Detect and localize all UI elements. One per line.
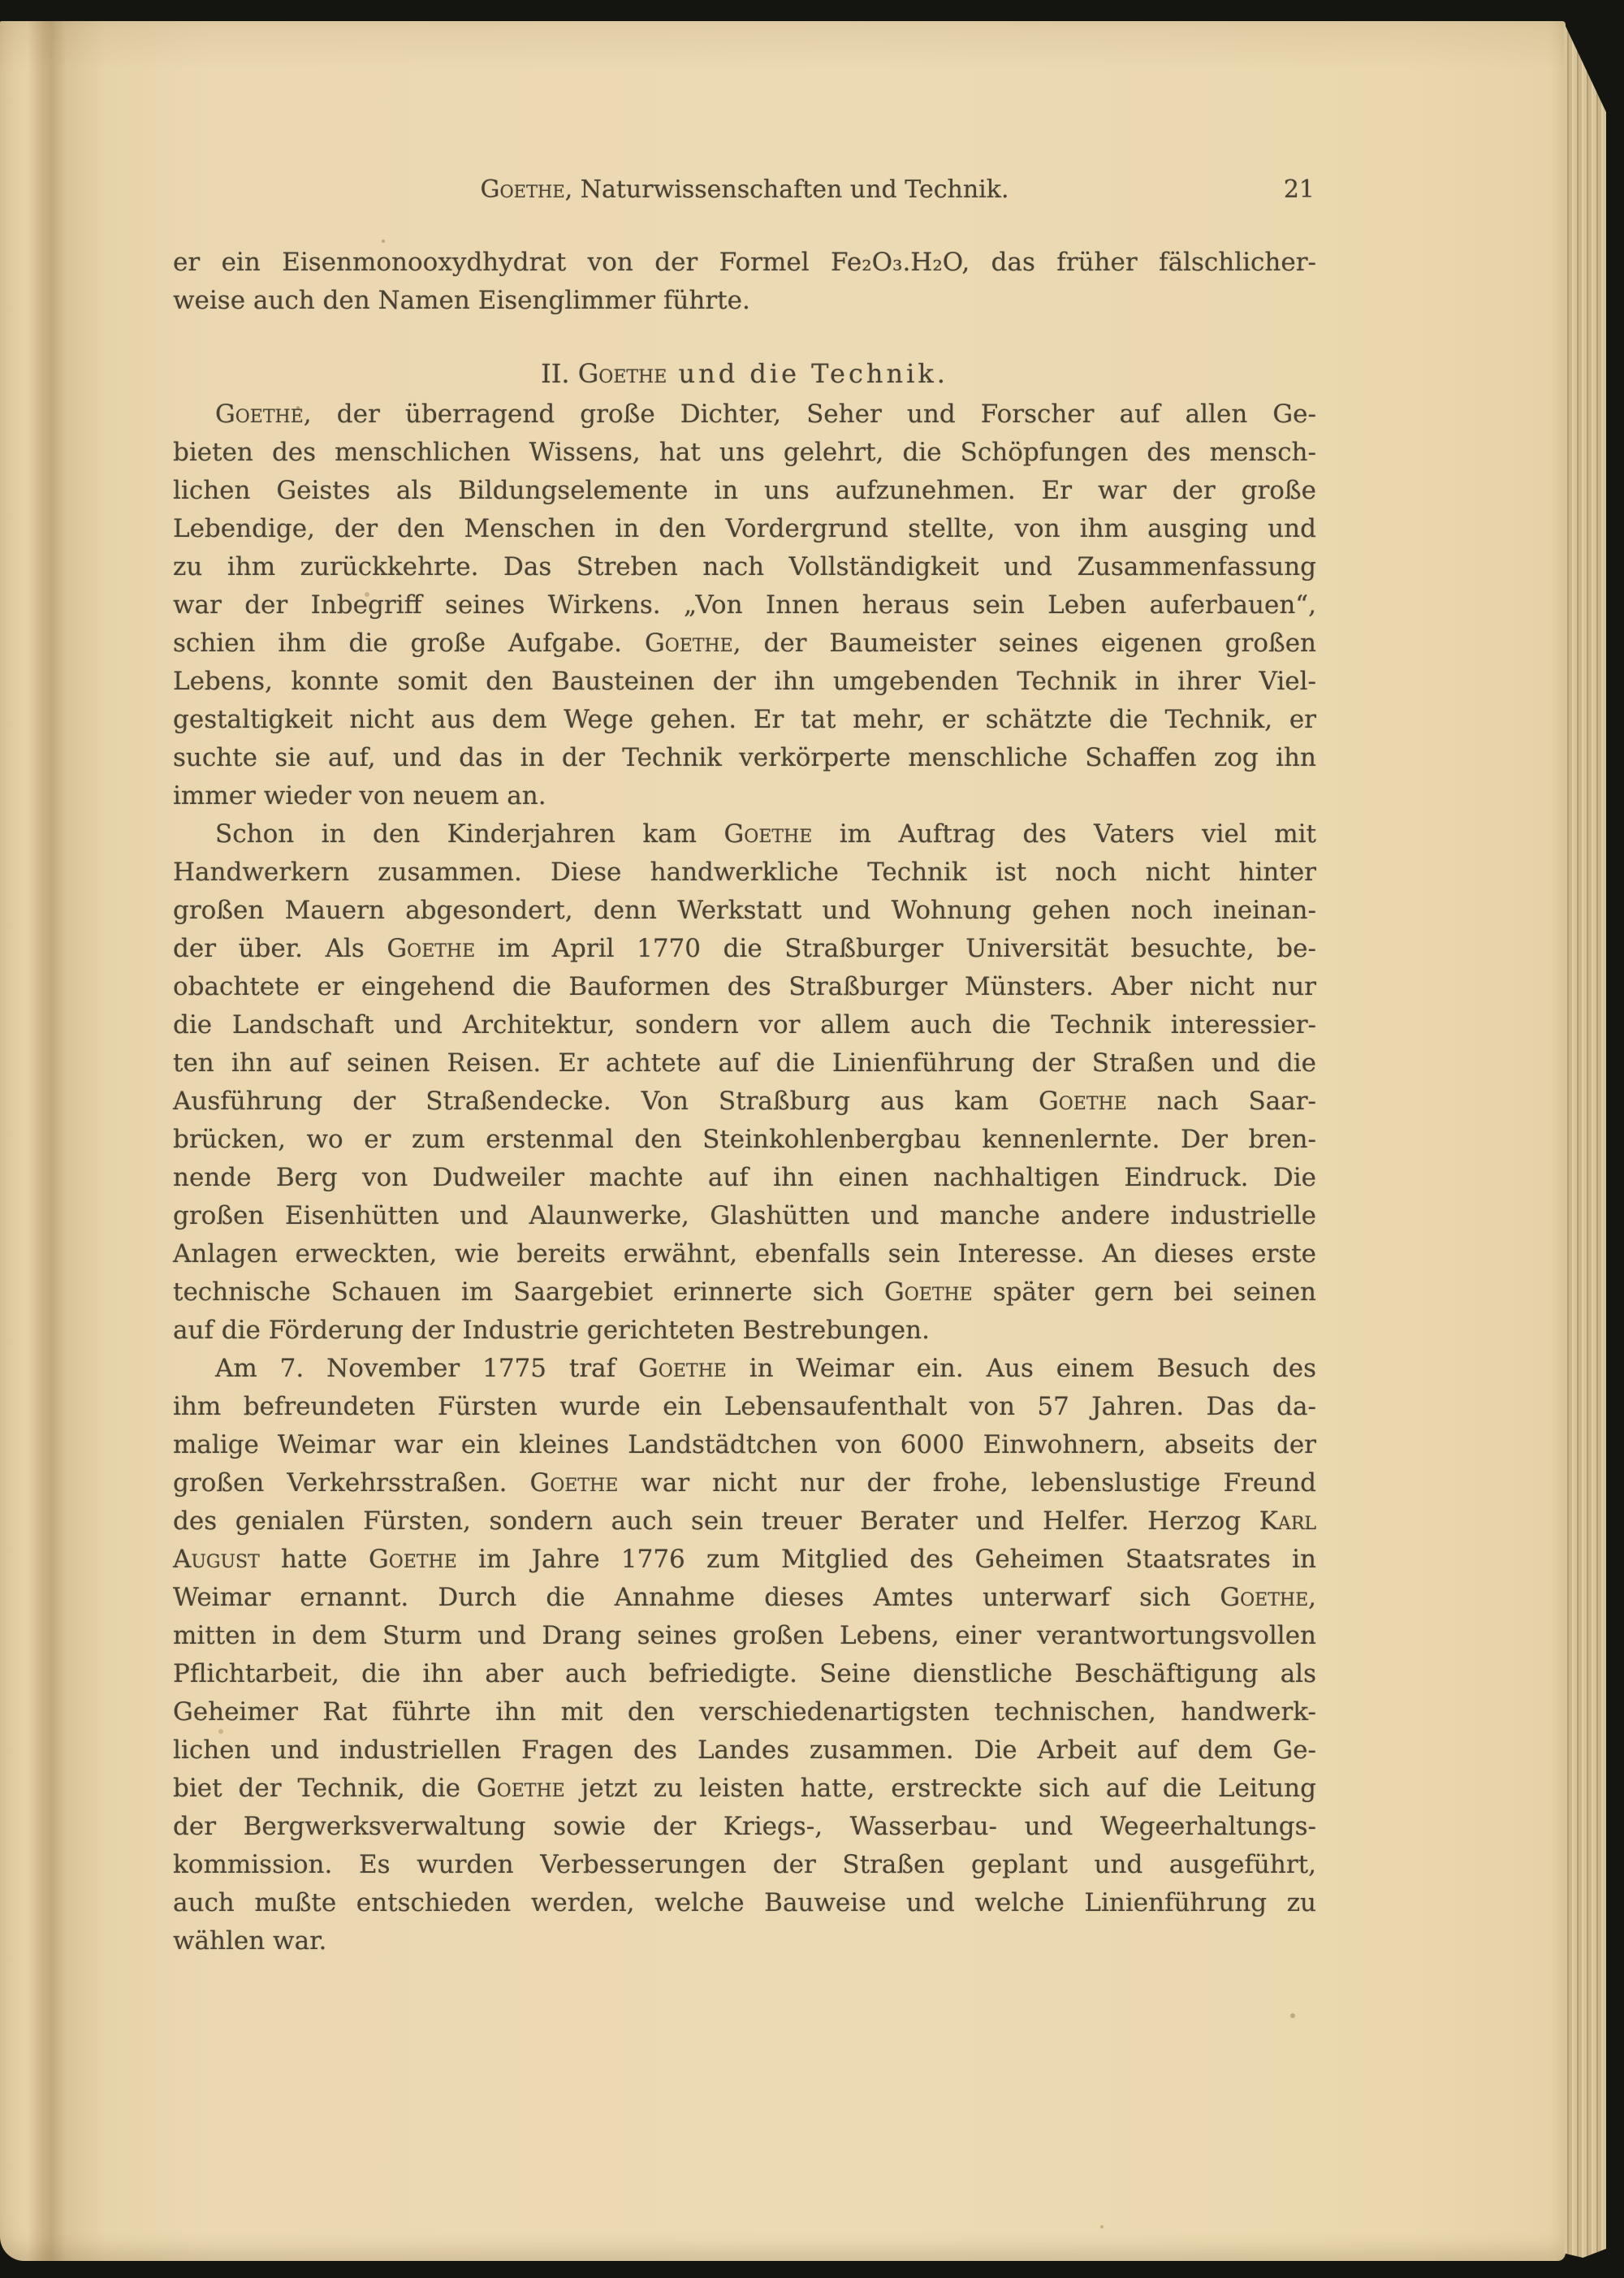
section-heading: II. Goethe und die Technik. <box>173 355 1316 393</box>
small-caps-name: Goethe <box>387 934 475 963</box>
text-line: Lebens, konnte somit den Bausteinen der … <box>173 663 1316 701</box>
text-run: gestaltigkeit nicht aus dem Wege gehen. … <box>173 705 1316 734</box>
paragraph: Am 7. November 1775 traf Goethe in Weima… <box>173 1350 1316 1960</box>
text-line: suchte sie auf, und das in der Technik v… <box>173 739 1316 777</box>
text-run: Anlagen erweckten, wie bereits erwähnt, … <box>173 1239 1316 1269</box>
text-line: wählen war. <box>173 1922 1316 1960</box>
running-header-title: Goethe, Naturwissenschaften und Technik. <box>173 171 1316 209</box>
text-run: suchte sie auf, und das in der Technik v… <box>173 743 1316 772</box>
paragraph: er ein Eisenmonooxydhydrat von der Forme… <box>173 244 1316 320</box>
text-run: Schon in den Kinderjahren kam <box>215 819 724 849</box>
text-run: im April 1770 die Straßburger Universitä… <box>475 934 1316 963</box>
text-line: großen Verkehrsstraßen. Goethe war nicht… <box>173 1464 1316 1502</box>
text-line: Am 7. November 1775 traf Goethe in Weima… <box>173 1350 1316 1388</box>
text-line: ihm befreundeten Fürsten wurde ein Leben… <box>173 1388 1316 1426</box>
header-title-rest: , Naturwissenschaften und Technik. <box>565 175 1009 204</box>
paragraphs-container: er ein Eisenmonooxydhydrat von der Forme… <box>173 244 1316 1960</box>
text-run: obachtete er eingehend die Bauformen des… <box>173 972 1316 1001</box>
text-run: in Weimar ein. Aus einem Besuch des <box>727 1354 1316 1383</box>
text-run: im Jahre 1776 zum Mitglied des Geheimen … <box>457 1545 1316 1574</box>
small-caps-name: Goethe <box>884 1277 973 1307</box>
text-run: nende Berg von Dudweiler machte auf ihn … <box>173 1163 1316 1192</box>
text-line: der Bergwerksverwaltung sowie der Kriegs… <box>173 1808 1316 1846</box>
paragraph: Goethe, der überragend große Dichter, Se… <box>173 396 1316 815</box>
book-fore-edge-pages <box>1564 23 1606 2258</box>
text-line: lichen und industriellen Fragen des Land… <box>173 1731 1316 1770</box>
small-caps-name: Goethe <box>529 1468 618 1498</box>
text-line: auf die Förderung der Industrie gerichte… <box>173 1312 1316 1350</box>
text-line: Handwerkern zusammen. Diese handwerklich… <box>173 854 1316 892</box>
text-line: der über. Als Goethe im April 1770 die S… <box>173 930 1316 968</box>
text-run: Lebendige, der den Menschen in den Vorde… <box>173 514 1316 543</box>
text-run: schien ihm die große Aufgabe. <box>173 629 645 658</box>
text-run: großen Mauern abgesondert, denn Werkstat… <box>173 896 1316 925</box>
text-line: zu ihm zurückkehrte. Das Streben nach Vo… <box>173 548 1316 586</box>
text-line: biet der Technik, die Goethe jetzt zu le… <box>173 1770 1316 1808</box>
text-run: ten ihn auf seinen Reisen. Er achtete au… <box>173 1048 1316 1078</box>
text-line: Lebendige, der den Menschen in den Vorde… <box>173 510 1316 548</box>
section-heading-rest: und die Technik. <box>667 358 948 389</box>
text-line: großen Mauern abgesondert, denn Werkstat… <box>173 892 1316 930</box>
text-line: Weimar ernannt. Durch die Annahme dieses… <box>173 1579 1316 1617</box>
text-run: zu ihm zurückkehrte. Das Streben nach Vo… <box>173 552 1316 581</box>
small-caps-name: Goethe <box>215 400 304 429</box>
text-run: technische Schauen im Saargebiet erinner… <box>173 1277 884 1307</box>
text-run: jetzt zu leisten hatte, erstreckte sich … <box>565 1774 1316 1803</box>
text-run: hatte <box>260 1545 369 1574</box>
text-line: malige Weimar war ein kleines Landstädtc… <box>173 1426 1316 1464</box>
text-line: Goethe, der überragend große Dichter, Se… <box>173 396 1316 434</box>
text-run: wählen war. <box>173 1926 326 1956</box>
text-line: die Landschaft und Architektur, sondern … <box>173 1006 1316 1044</box>
page-number: 21 <box>1284 171 1315 209</box>
text-line: ten ihn auf seinen Reisen. Er achtete au… <box>173 1044 1316 1083</box>
running-header: Goethe, Naturwissenschaften und Technik.… <box>173 171 1316 209</box>
small-caps-name: Goethe <box>645 629 733 658</box>
text-line: immer wieder von neuem an. <box>173 777 1316 815</box>
text-line: brücken, wo er zum erstenmal den Steinko… <box>173 1121 1316 1159</box>
section-heading-name: Goethe <box>578 358 667 389</box>
text-run: ihm befreundeten Fürsten wurde ein Leben… <box>173 1392 1316 1421</box>
text-line: technische Schauen im Saargebiet erinner… <box>173 1273 1316 1312</box>
text-run: Geheimer Rat führte ihn mit den verschie… <box>173 1697 1316 1727</box>
text-run: die Landschaft und Architektur, sondern … <box>173 1010 1316 1040</box>
text-run: lichen Geistes als Bildungselemente in u… <box>173 476 1316 505</box>
text-run: der Bergwerksverwaltung sowie der Kriegs… <box>173 1812 1316 1841</box>
small-caps-name: Goethe <box>638 1354 727 1383</box>
text-run: er ein Eisenmonooxydhydrat von der Forme… <box>173 248 1316 277</box>
text-line: Geheimer Rat führte ihn mit den verschie… <box>173 1693 1316 1731</box>
text-line: des genialen Fürsten, sondern auch sein … <box>173 1502 1316 1541</box>
text-run: Handwerkern zusammen. Diese handwerklich… <box>173 858 1316 887</box>
scanner-background: Goethe, Naturwissenschaften und Technik.… <box>0 0 1624 2278</box>
text-run: im Auftrag des Vaters viel mit <box>812 819 1316 849</box>
text-run: Lebens, konnte somit den Bausteinen der … <box>173 667 1316 696</box>
text-run: brücken, wo er zum erstenmal den Steinko… <box>173 1125 1316 1154</box>
small-caps-name: Goethe <box>477 1774 565 1803</box>
small-caps-name: Goethe <box>369 1545 457 1574</box>
text-run: Ausführung der Straßendecke. Von Straßbu… <box>173 1087 1039 1116</box>
text-run: weise auch den Namen Eisenglimmer führte… <box>173 286 750 315</box>
text-run: Pflichtarbeit, die ihn aber auch befried… <box>173 1659 1316 1688</box>
text-line: Pflichtarbeit, die ihn aber auch befried… <box>173 1655 1316 1693</box>
section-heading-numeral: II. <box>541 358 578 389</box>
text-run: war der Inbegriff seines Wirkens. „Von I… <box>173 590 1316 620</box>
text-line: gestaltigkeit nicht aus dem Wege gehen. … <box>173 701 1316 739</box>
text-line: Anlagen erweckten, wie bereits erwähnt, … <box>173 1235 1316 1273</box>
text-run: Weimar ernannt. Durch die Annahme dieses… <box>173 1583 1220 1612</box>
text-run: der über. Als <box>173 934 387 963</box>
text-run: , der überragend große Dichter, Seher un… <box>304 400 1316 429</box>
text-run: biet der Technik, die <box>173 1774 477 1803</box>
text-line: nende Berg von Dudweiler machte auf ihn … <box>173 1159 1316 1197</box>
text-run: später gern bei seinen <box>973 1277 1316 1307</box>
text-run: immer wieder von neuem an. <box>173 781 546 810</box>
text-line: mitten in dem Sturm und Drang seines gro… <box>173 1617 1316 1655</box>
text-run: , der Baumeister seines eigenen großen <box>733 629 1316 658</box>
text-run: , <box>1308 1583 1316 1612</box>
text-run: des genialen Fürsten, sondern auch sein … <box>173 1506 1259 1536</box>
text-run: kommission. Es wurden Verbesserungen der… <box>173 1850 1316 1879</box>
text-line: war der Inbegriff seines Wirkens. „Von I… <box>173 586 1316 625</box>
text-line: lichen Geistes als Bildungselemente in u… <box>173 472 1316 510</box>
text-line: schien ihm die große Aufgabe. Goethe, de… <box>173 625 1316 663</box>
text-line: auch mußte entschieden werden, welche Ba… <box>173 1884 1316 1922</box>
text-line: kommission. Es wurden Verbesserungen der… <box>173 1846 1316 1884</box>
text-run: nach Saar- <box>1127 1087 1316 1116</box>
text-run: malige Weimar war ein kleines Landstädtc… <box>173 1430 1316 1459</box>
text-line: weise auch den Namen Eisenglimmer führte… <box>173 282 1316 320</box>
text-line: obachtete er eingehend die Bauformen des… <box>173 968 1316 1006</box>
text-run: auf die Förderung der Industrie gerichte… <box>173 1316 930 1345</box>
text-run: mitten in dem Sturm und Drang seines gro… <box>173 1621 1316 1650</box>
header-author-name: Goethe <box>481 175 565 204</box>
small-caps-name: Goethe <box>1220 1583 1308 1612</box>
small-caps-name: August <box>173 1545 260 1574</box>
text-run: Am 7. November 1775 traf <box>215 1354 638 1383</box>
text-line: er ein Eisenmonooxydhydrat von der Forme… <box>173 244 1316 282</box>
small-caps-name: Goethe <box>1039 1087 1127 1116</box>
small-caps-name: Goethe <box>724 819 813 849</box>
text-run: bieten des menschlichen Wissens, hat uns… <box>173 438 1316 467</box>
text-run: war nicht nur der frohe, lebenslustige F… <box>618 1468 1316 1498</box>
text-run: großen Verkehrsstraßen. <box>173 1468 529 1498</box>
text-line: Ausführung der Straßendecke. Von Straßbu… <box>173 1083 1316 1121</box>
text-line: großen Eisenhütten und Alaunwerke, Glash… <box>173 1197 1316 1235</box>
text-run: großen Eisenhütten und Alaunwerke, Glash… <box>173 1201 1316 1230</box>
page-text-column: Goethe, Naturwissenschaften und Technik.… <box>173 171 1316 1960</box>
paragraph: Schon in den Kinderjahren kam Goethe im … <box>173 815 1316 1350</box>
text-run: auch mußte entschieden werden, welche Ba… <box>173 1888 1316 1917</box>
small-caps-name: Karl <box>1259 1506 1316 1536</box>
text-run: lichen und industriellen Fragen des Land… <box>173 1736 1316 1765</box>
text-line: August hatte Goethe im Jahre 1776 zum Mi… <box>173 1541 1316 1579</box>
text-line: Schon in den Kinderjahren kam Goethe im … <box>173 815 1316 854</box>
text-line: bieten des menschlichen Wissens, hat uns… <box>173 434 1316 472</box>
